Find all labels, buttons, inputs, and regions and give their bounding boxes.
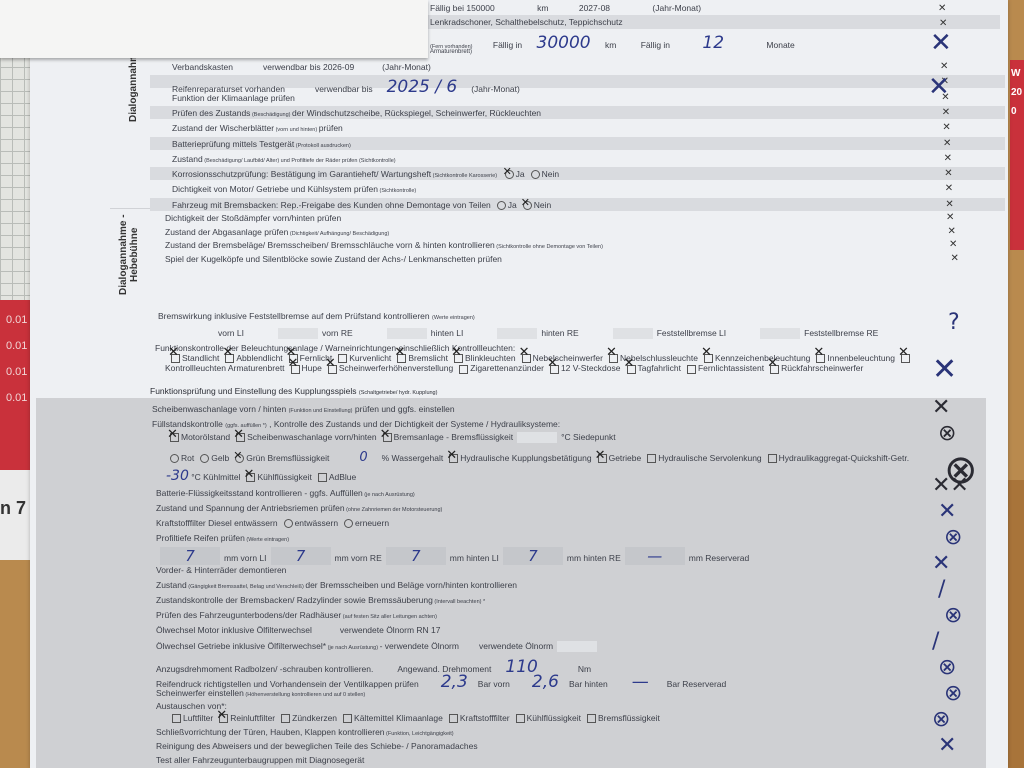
status-mark: ✕ [948,226,956,237]
dashboard-note: Armaturenbrett) [430,49,472,55]
option-label: Luftfilter [183,713,213,723]
interval-km-value: 30000 [537,33,591,53]
checkbox-hydraulische-kupplungsbetätigung[interactable] [449,454,458,463]
brake-value-input[interactable] [497,328,537,339]
checkbox-scheibenwaschanlage-vorn-hinten[interactable] [236,433,245,442]
brake-value-input[interactable] [278,328,318,339]
washer-note: (Funktion und Einstellung) [289,408,353,414]
handwritten-check: ✕ [932,551,950,576]
handwritten-check: / [932,629,939,654]
tread-note: (Werte eintragen) [245,537,289,543]
right-label-fragment: 0 [1011,106,1024,117]
pressure-spare-label: Bar Reserverad [667,679,727,689]
option-label: Motorölstand [181,432,230,442]
brake-value-input[interactable] [387,328,427,339]
checkbox-adblue[interactable] [318,473,327,482]
option-label: Ja [508,200,517,210]
right-label-fragment: W [1011,68,1024,79]
checklist-row: Kraftstofffilter Diesel entwässernentwäs… [156,518,389,528]
option-label: Kennzeichenbeleuchtung [715,353,810,363]
option-label: Rückfahrscheinwerfer [781,363,863,373]
oil-gearbox-text: Ölwechsel Getriebe inklusive Ölfilterwec… [156,641,326,651]
row-note: (auf festen Sitz aller Leitungen achten) [341,614,437,620]
checkbox-kennzeichenbeleuchtung[interactable] [704,354,713,363]
tread-label: mm vorn LI [224,553,267,563]
right-label-fragment: 20 [1011,87,1024,98]
clutch-row: Funktionsprüfung und Einstellung des Kup… [150,386,437,396]
checkbox-bremsanlage-bremsflüssigkeit[interactable] [383,433,392,442]
checklist-row: Dichtigkeit von Motor/ Getriebe und Kühl… [172,184,416,194]
handwritten-check: ⊗ [932,707,950,732]
handwritten-date: 2025 / 6 [387,77,458,97]
status-mark: ✕ [942,122,950,133]
option-label: Scheibenwaschanlage vorn/hinten [247,432,376,442]
checkbox-bremslicht[interactable] [397,354,406,363]
option-label: Getriebe [609,453,642,463]
option-label: Gelb [211,453,229,463]
protective-covers-row: Lenkradschoner, Schalthebelschutz, Teppi… [430,17,623,27]
option-label: Grün Bremsflüssigkeit [246,453,329,463]
checklist-row: 7mm vorn LI7mm vorn RE7mm hinten LI7mm h… [156,547,749,565]
tread-label: mm hinten LI [450,553,499,563]
row-note: (Sichtkontrolle) [378,188,416,194]
option-label: Hydraulische Kupplungsbetätigung [460,453,591,463]
row-unit: (Jahr-Monat) [471,84,520,94]
row-text: Zustand und Spannung der Antriebsriemen … [156,503,345,513]
status-mark: ✕ [944,168,952,179]
checklist-row: Korrosionsschutzprüfung: Bestätigung im … [172,169,559,179]
boiling-point-input[interactable] [517,432,557,443]
radio-ja[interactable] [505,170,514,179]
washer-rest: prüfen und ggfs. einstellen [355,404,455,414]
due-km-text: Fällig bei 150000 [430,3,495,13]
checkbox-scheinwerferhöhenverstellung[interactable] [328,365,337,374]
tread-value: 7 [160,547,220,565]
boiling-point-label: °C Siedepunkt [561,432,615,442]
brake-field-label: vorn RE [322,328,353,338]
coolant-label: °C Kühlmittel [189,472,241,482]
handwritten-check: ✕ [938,733,956,758]
checklist-row: Dichtigkeit der Stoßdämpfer vorn/hinten … [165,213,341,223]
fluids-note: (ggfs. auffüllen *) [225,423,266,429]
checklist-row: Profiltiefe Reifen prüfen (Werte eintrag… [156,533,289,543]
checkbox-abblendlicht[interactable] [225,354,234,363]
handwritten-check: ✕ [938,499,956,524]
row-text: Zustandskontrolle der Bremsbacken/ Radzy… [156,595,433,605]
option-label: Rot [181,453,194,463]
row-text-rest: der Windschutzscheibe, Rückspiegel, Sche… [292,108,541,118]
checklist-row: Batterieprüfung mittels Testgerät (Proto… [172,139,351,149]
brake-value-input[interactable] [174,328,214,339]
checkbox-tagfahrlicht[interactable] [627,365,636,374]
checklist-row: Schließvorrichtung der Türen, Hauben, Kl… [156,727,454,737]
tread-value: 7 [503,547,563,565]
checkbox-kontrollleuchten-armaturenbrett[interactable] [901,354,910,363]
pressure-front: 2,3 [441,672,468,692]
status-mark: ✕ [945,199,953,210]
tread-text: Profiltiefe Reifen prüfen [156,533,245,543]
checklist-row: Zustand (Beschädigung/ Laufbild/ Alter) … [172,154,396,164]
status-mark: ✕ [951,253,959,264]
due-date-unit: (Jahr-Monat) [652,3,701,13]
option-label: Kältemittel Klimaanlage [354,713,443,723]
due-date: 2027-08 [579,3,610,13]
option-label: Reinluftfilter [230,713,275,723]
tread-label: mm hinten RE [567,553,621,563]
row-note: (Beschädigung/ Laufbild/ Alter) und Prof… [203,158,396,164]
checkbox-innenbeleuchtung[interactable] [816,354,825,363]
checkbox-rückfahrscheinwerfer[interactable] [770,365,779,374]
water-content-value: 0 [359,450,367,465]
row-text: Zustand der Bremsbeläge/ Bremsscheiben/ … [165,240,495,250]
section-label-dialogannahme: Dialogannahme [128,62,139,122]
checklist-row: Reinigung des Abweisers und der beweglic… [156,741,478,751]
handwritten-check: ✕ [928,72,950,102]
checklist-row: Zustand und Spannung der Antriebsriemen … [156,503,442,513]
fluids-rest: , Kontrolle des Zustands und der Dichtig… [269,419,560,429]
interval-months-unit: Monate [766,40,794,50]
option-label: Nein [542,169,559,179]
status-mark: ✕ [939,18,947,29]
checkbox-hydraulische-servolenkung[interactable] [647,454,656,463]
radio-gelb[interactable] [200,454,209,463]
option-label: Innenbeleuchtung [827,353,895,363]
row-text: Spiel der Kugelköpfe und Silentblöcke so… [165,254,502,264]
row-text: Prüfen des Fahrzeugunterbodens/der Radhä… [156,610,341,620]
water-content-label: % Wassergehalt [382,453,444,463]
radio-grün-bremsflüssigkeit[interactable] [235,454,244,463]
pressure-rear-label: Bar hinten [569,679,608,689]
option-label: Zigarettenanzünder [470,363,544,373]
checkbox-reinluftfilter[interactable] [219,714,228,723]
handwritten-check: ⊗ [944,603,962,628]
coolant-line: -30 °C KühlmittelKühlflüssigkeitAdBlue [166,468,356,484]
option-label: Zündkerzen [292,713,337,723]
oil-gearbox-note: (je nach Ausrüstung) [326,645,380,651]
clutch-note: (Schaltgetriebe/ hydr. Kupplung) [359,390,438,396]
row-note: (Dichtigkeit/ Aufhängung/ Beschädigung) [288,231,389,237]
checkbox-hupe[interactable] [291,365,300,374]
option-label: Hydraulische Servolenkung [658,453,761,463]
tread-label: mm Reserverad [689,553,749,563]
option-label: Bremslicht [408,353,448,363]
row-note: (Gängigkeit Bremssattel, Belag und Versc… [187,584,306,590]
option-label: Abblendlicht [236,353,282,363]
row-note: (ohne Zahnriemen der Motorsteuerung) [345,507,443,513]
row-text: Zustand [156,580,187,590]
handwritten-check: ⊗ [944,681,962,706]
row-note: (Funktion, Leichtgängigkeit) [385,731,454,737]
row-text: Schließvorrichtung der Türen, Hauben, Kl… [156,727,385,737]
checklist-row: Zustand der Abgasanlage prüfen (Dichtigk… [165,227,389,237]
oil-gearbox-rest: - verwendete Ölnorm [380,641,459,651]
checklist-row: Verbandskastenverwendbar bis 2026-09(Jah… [172,62,431,72]
row-text: Korrosionsschutzprüfung: Bestätigung im … [172,169,431,179]
lighting-mark: ✕ [932,352,957,387]
option-label: Hydraulikaggregat-Quickshift-Getr. [779,453,909,463]
checkbox-kühlflüssigkeit[interactable] [246,473,255,482]
washer-text: Scheibenwaschanlage vorn / hinten [152,404,286,414]
row-text: Zustand [172,154,203,164]
checkbox-nebelscheinwerfer[interactable] [522,354,531,363]
overlapping-paper-card [0,0,428,58]
radio-rot[interactable] [170,454,179,463]
brake-fluid-line: RotGelbGrün Bremsflüssigkeit0% Wassergeh… [164,450,909,465]
checklist-row: Zustand der Bremsbeläge/ Bremsscheiben/ … [165,240,603,250]
row-note: (Sichtkontrolle Karosserie) [431,173,499,179]
option-label: 12 V-Steckdose [561,363,621,373]
brake-value-input[interactable] [613,328,653,339]
checklist-row: Ölwechsel Getriebe inklusive Ölfilterwec… [156,641,601,652]
row-text: Test aller Fahrzeugunterbaugruppen mit D… [156,755,364,765]
row-text: Kraftstofffilter Diesel entwässern [156,518,278,528]
row-unit: (Jahr-Monat) [382,62,431,72]
option-label: Kontrollleuchten Armaturenbrett [165,363,285,373]
option-label: Standlicht [182,353,219,363]
interval-months-value: 12 [702,33,724,53]
option-label: Kühlflüssigkeit [257,472,311,482]
checklist-row: Batterie-Flüssigkeitsstand kontrollieren… [156,488,415,498]
option-label: Ja [516,169,525,179]
checklist-row: Spiel der Kugelköpfe und Silentblöcke so… [165,254,502,264]
checklist-row: Scheinwerfer einstellen (Höhenverstellun… [156,688,365,698]
row-text: Dichtigkeit von Motor/ Getriebe und Kühl… [172,184,378,194]
row-text: Dichtigkeit der Stoßdämpfer vorn/hinten … [165,213,341,223]
coolant-value: -30 [166,468,189,484]
checklist-row: Zustand der Wischerblätter (vorn und hin… [172,123,343,133]
status-mark: ✕ [946,212,954,223]
row-text: Batterieprüfung mittels Testgerät [172,139,294,149]
row-note: (Beschädigung) [250,112,292,118]
headlights-text: Scheinwerfer einstellen [156,688,244,698]
option-label: Tagfahrlicht [638,363,681,373]
checklist-row: Fahrzeug mit Bremsbacken: Rep.-Freigabe … [172,200,551,210]
option-label: entwässern [295,518,338,528]
radio-entwässern[interactable] [284,519,293,528]
handwritten-check: ✕ [932,395,950,420]
brake-test-text: Bremswirkung inklusive Feststellbremse a… [158,311,430,321]
checkbox-luftfilter[interactable] [172,714,181,723]
row-text: Fahrzeug mit Bremsbacken: Rep.-Freigabe … [172,200,491,210]
checkbox-12-v-steckdose[interactable] [550,365,559,374]
status-mark: ✕ [944,153,952,164]
option-label: Kurvenlicht [349,353,391,363]
option-label: Nebelscheinwerfer [533,353,603,363]
option-label: erneuern [355,518,389,528]
checklist-row: Prüfen des Fahrzeugunterbodens/der Radhä… [156,610,437,620]
status-mark: ✕ [938,3,946,14]
checkbox-getriebe[interactable] [598,454,607,463]
row-text: Funktion der Klimaanlage prüfen [172,93,295,103]
brake-value-input[interactable] [760,328,800,339]
checkbox-kraftstofffilter[interactable] [449,714,458,723]
fluids-checklist: MotorölstandScheibenwaschanlage vorn/hin… [164,432,616,443]
checklist-row: Zustandskontrolle der Bremsbacken/ Radzy… [156,595,485,605]
handwritten-check: ⊗ [938,421,956,446]
handwritten-check: ⊗ [938,655,956,680]
section-label-hebebuehne: Dialogannahme - Hebebühne [118,210,140,300]
side-label-fragment: n 7 [0,498,26,519]
row-text-rest: prüfen [319,123,343,133]
row-text-rest: der Bremsscheiben und Beläge vorn/hinten… [305,580,517,590]
row-text: Batterie-Flüssigkeitsstand kontrollieren… [156,488,363,498]
row-text: Verbandskasten [172,62,233,72]
tread-value: — [625,547,685,565]
fluids-text: Füllstandskontrolle [152,419,223,429]
checkbox-zigarettenanzünder[interactable] [459,365,468,374]
lighting-checklist: StandlichtAbblendlichtFernlichtKurvenlic… [165,353,945,374]
row-note: (Intervall beachten) * [433,599,485,605]
row-note: (Protokoll ausdrucken) [294,143,351,149]
sheet-lower-fold: Funktionsprüfung und Einstellung des Kup… [36,398,986,768]
fluids-row: Füllstandskontrolle (ggfs. auffüllen *) … [152,419,560,429]
row-note: (vorn und hinten) [274,127,319,133]
brake-test-fields: vorn LIvorn REhinten LIhinten REFeststel… [170,328,908,339]
row-note: (Sichtkontrolle ohne Demontage von Teile… [495,244,603,250]
interval-months-label: Fällig in [641,40,670,50]
checklist-row: Prüfen des Zustands (Beschädigung) der W… [172,108,541,118]
row-text: Reinigung des Abweisers und der beweglic… [156,741,478,751]
headlights-note: (Höhenverstellung kontrollieren und auf … [244,692,365,698]
tread-value: 7 [271,547,331,565]
checkbox-fernlichtassistent[interactable] [687,365,696,374]
status-mark: ✕ [949,239,957,250]
checkbox-kurvenlicht[interactable] [338,354,347,363]
checkbox-hydraulikaggregat-quickshift-getr-[interactable] [768,454,777,463]
checkbox-kältemittel-klimaanlage[interactable] [343,714,352,723]
handwritten-check: ✕ [930,28,952,58]
row-extra: verwendbar bis [315,84,373,94]
checkbox-standlicht[interactable] [171,354,180,363]
status-mark: ✕ [942,107,950,118]
status-mark: ✕ [940,61,948,72]
radio-erneuern[interactable] [344,519,353,528]
clutch-text: Funktionsprüfung und Einstellung des Kup… [150,386,357,396]
radio-nein[interactable] [523,201,532,210]
checklist-row: Funktion der Klimaanlage prüfen [172,93,295,103]
option-label: Kraftstofffilter [460,713,510,723]
option-label: Kühlflüssigkeit [527,713,581,723]
oil-norm-input[interactable] [557,641,597,652]
interval-km-unit: km [605,40,616,50]
option-label: Blinkleuchten [465,353,516,363]
due-km-unit: km [537,3,548,13]
option-label: Bremsanlage - Bremsflüssigkeit [394,432,514,442]
row-note: (je nach Ausrüstung) [363,492,415,498]
tread-label: mm vorn RE [335,553,382,563]
checklist-row: Vorder- & Hinterräder demontieren [156,565,286,575]
brake-field-label: Feststellbremse LI [657,328,726,338]
checkbox-blinkleuchten[interactable] [454,354,463,363]
row-text: Zustand der Wischerblätter [172,123,274,133]
interval-row: (Fern vorhanden) Fällig in 30000 km Fäll… [430,33,795,53]
brake-field-label: hinten LI [431,328,464,338]
interval-km-label: Fällig in [493,40,522,50]
checkbox-zündkerzen[interactable] [281,714,290,723]
radio-nein[interactable] [531,170,540,179]
checklist-row: Ölwechsel Motor inklusive Ölfilterwechse… [156,625,441,635]
oil-norm-label: verwendete Ölnorm [479,641,553,651]
checklist-row: LuftfilterReinluftfilterZündkerzenKältem… [166,713,660,723]
brake-field-label: vorn LI [218,328,244,338]
brake-field-label: hinten RE [541,328,578,338]
oil-norm-label: verwendete Ölnorm RN 17 [340,625,441,635]
pressure-rear: 2,6 [532,672,559,692]
checkbox-kühlflüssigkeit[interactable] [516,714,525,723]
row-text: Vorder- & Hinterräder demontieren [156,565,286,575]
checkbox-nebelschlussleuchte[interactable] [609,354,618,363]
oil-engine-text: Ölwechsel Motor inklusive Ölfilterwechse… [156,625,312,635]
pressure-spare: — [632,672,649,692]
radio-ja[interactable] [497,201,506,210]
washer-row: Scheibenwaschanlage vorn / hinten (Funkt… [152,404,455,414]
row-text: Zustand der Abgasanlage prüfen [165,227,288,237]
option-label: Nein [534,200,551,210]
brake-test-note: (Werte eintragen) [432,315,475,321]
option-label: AdBlue [329,472,356,482]
handwritten-check: / [938,577,945,602]
option-label: Hupe [302,363,322,373]
checklist-row: Test aller Fahrzeugunterbaugruppen mit D… [156,755,364,765]
status-mark: ✕ [943,138,951,149]
checklist-row: Zustand (Gängigkeit Bremssattel, Belag u… [156,580,517,590]
checkbox-bremsflüssigkeit[interactable] [587,714,596,723]
handwritten-check: ✕✕ [932,473,969,498]
option-label: Bremsflüssigkeit [598,713,660,723]
due-km-row: Fällig bei 150000 km 2027-08 (Jahr-Monat… [430,3,701,13]
pressure-front-label: Bar vorn [478,679,510,689]
brake-test-row: Bremswirkung inklusive Feststellbremse a… [158,311,475,321]
row-text: Prüfen des Zustands [172,108,250,118]
checkbox-motorölstand[interactable] [170,433,179,442]
brake-test-mark: ? [948,310,960,335]
red-box-right: W 20 0 [1010,60,1024,250]
tread-value: 7 [386,547,446,565]
status-mark: ✕ [945,183,953,194]
row-extra: verwendbar bis 2026-09 [263,62,354,72]
handwritten-check: ⊗ [944,525,962,550]
option-label: Scheinwerferhöhenverstellung [339,363,453,373]
option-label: Fernlichtassistent [698,363,764,373]
brake-field-label: Feststellbremse RE [804,328,878,338]
